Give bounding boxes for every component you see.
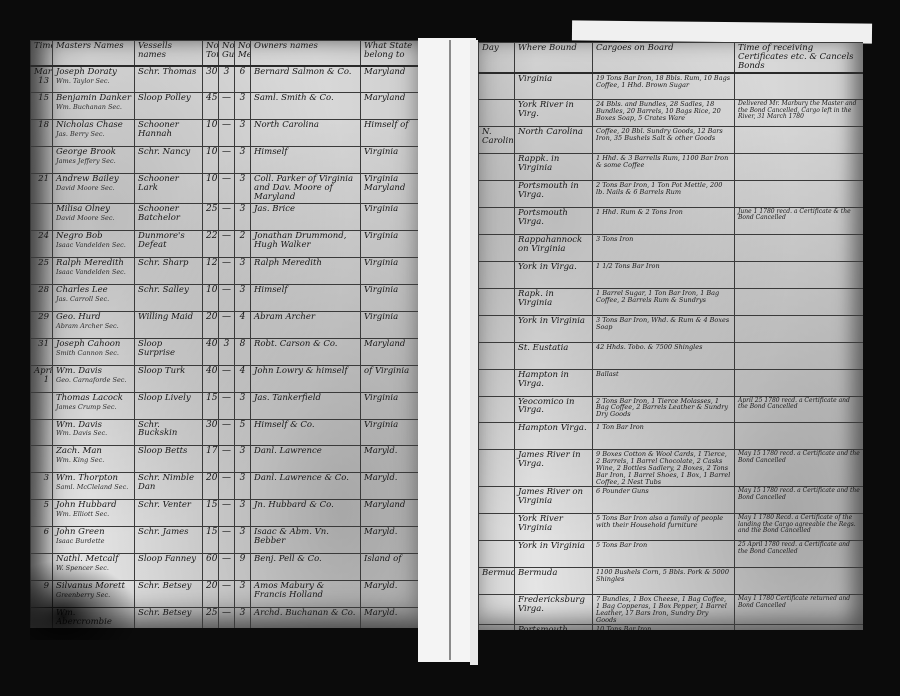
day-note	[479, 595, 515, 625]
security-name: David Moore Sec.	[56, 215, 131, 222]
entry-date	[31, 147, 53, 174]
destination: York River in Virg.	[515, 100, 593, 127]
security-name: Isaac Burdette	[56, 538, 131, 545]
ship-register-right-table: DayWhere BoundCargoes on BoardTime of re…	[478, 42, 863, 630]
master-name-text: Thomas Lacock	[56, 393, 123, 403]
owner-names: Benj. Pell & Co.	[251, 554, 361, 581]
home-state: Maryld.	[361, 527, 419, 554]
certificate-note	[735, 234, 864, 261]
tons-count: 40	[203, 365, 219, 392]
destination: James River in Virga.	[515, 450, 593, 487]
master-name: Charles LeeJas. Carroll Sec.	[53, 284, 135, 311]
master-name: Joseph CahoonSmith Cannon Sec.	[53, 338, 135, 365]
owner-names: Himself	[251, 284, 361, 311]
security-name: Abram Archer Sec.	[56, 323, 131, 330]
vessel-name: Dunmore's Defeat	[135, 230, 203, 257]
table-row: 6John GreenIsaac BurdetteSchr. James15—3…	[31, 527, 419, 554]
cargo: 19 Tons Bar Iron, 18 Bbls. Rum, 10 Bags …	[593, 73, 735, 100]
owner-names: Himself	[251, 147, 361, 174]
men-count: 3	[235, 473, 251, 500]
master-name: Joseph DoratyWm. Taylor Sec.	[53, 66, 135, 93]
certificate-note	[735, 288, 864, 315]
vessel-name: Sloop Turk	[135, 365, 203, 392]
column-header: What State belong to	[361, 41, 419, 67]
security-name: Wm. Elliott Sec.	[56, 511, 131, 518]
certificate-note: May 15 1780 recd. a Certificate and the …	[735, 487, 864, 514]
table-row: Fredericksburg Virga.7 Bundles, 1 Box Ch…	[479, 595, 864, 625]
table-row: Milisa OlneyDavid Moore Sec.Schooner Bat…	[31, 204, 419, 231]
home-state: Maryland	[361, 500, 419, 527]
cargo: Coffee, 20 Bbl. Sundry Goods, 12 Bars Ir…	[593, 127, 735, 154]
owner-names: Danl. Lawrence	[251, 446, 361, 473]
guns-count: —	[219, 581, 235, 608]
cargo: 1 Ton Bar Iron	[593, 423, 735, 450]
destination: Rappahannock on Virginia	[515, 234, 593, 261]
owner-names: Archd. Buchanan & Co.	[251, 608, 361, 628]
men-count: 3	[235, 174, 251, 204]
master-name: Andrew BaileyDavid Moore Sec.	[53, 174, 135, 204]
owner-names: Amos Mabury & Francis Holland	[251, 581, 361, 608]
home-state: Maryland	[361, 338, 419, 365]
master-name-text: Negro Bob	[56, 231, 103, 241]
master-name: John HubbardWm. Elliott Sec.	[53, 500, 135, 527]
men-count: 3	[235, 392, 251, 419]
home-state: Maryland	[361, 66, 419, 93]
vessel-name: Sloop Betts	[135, 446, 203, 473]
cargo: 1 Hhd. Rum & 2 Tons Iron	[593, 207, 735, 234]
tons-count: 25	[203, 608, 219, 628]
guns-count: 3	[219, 66, 235, 93]
table-row: Portsmouth Virga.1 Hhd. Rum & 2 Tons Iro…	[479, 207, 864, 234]
vessel-name: Willing Maid	[135, 311, 203, 338]
men-count: 3	[235, 204, 251, 231]
guns-count: —	[219, 554, 235, 581]
tons-count: 10	[203, 174, 219, 204]
guns-count: —	[219, 608, 235, 628]
home-state: Virginia Maryland	[361, 174, 419, 204]
master-name: Ralph MeredithIsaac Vandelden Sec.	[53, 257, 135, 284]
security-name: David Moore Sec.	[56, 185, 131, 192]
security-name: Geo. Carnaforde Sec.	[56, 377, 131, 384]
gutter-fold	[449, 40, 451, 660]
tons-count: 25	[203, 204, 219, 231]
column-header: Owners names	[251, 41, 361, 67]
entry-date: 15	[31, 93, 53, 120]
table-row: 5John HubbardWm. Elliott Sec.Schr. Vente…	[31, 500, 419, 527]
destination: Portsmouth Virga.	[515, 625, 593, 630]
vessel-name: Schooner Lark	[135, 174, 203, 204]
entry-date: 18	[31, 120, 53, 147]
owner-names: North Carolina	[251, 120, 361, 147]
column-header: Time of receiving Certificates etc. & Ca…	[735, 43, 864, 73]
table-row: Virginia19 Tons Bar Iron, 18 Bbls. Rum, …	[479, 73, 864, 100]
column-header: No. Men	[235, 41, 251, 67]
men-count: 3	[235, 446, 251, 473]
cargo: 6 Pounder Guns	[593, 487, 735, 514]
table-row: Wm. DavisWm. Davis Sec.Schr. Buckskin30—…	[31, 419, 419, 446]
master-name-text: Milisa Olney	[56, 204, 110, 214]
owner-names: Danl. Lawrence & Co.	[251, 473, 361, 500]
guns-count: —	[219, 527, 235, 554]
cargo: Ballast	[593, 369, 735, 396]
vessel-name: Schr. Nancy	[135, 147, 203, 174]
tons-count: 10	[203, 120, 219, 147]
entry-date: 31	[31, 338, 53, 365]
day-note	[479, 288, 515, 315]
master-name: Milisa OlneyDavid Moore Sec.	[53, 204, 135, 231]
table-row: York in Virginia5 Tons Bar Iron25 April …	[479, 541, 864, 568]
master-name-text: Joseph Doraty	[56, 67, 117, 77]
men-count: 3	[235, 581, 251, 608]
cargo: 5 Tons Bar Iron	[593, 541, 735, 568]
day-note	[479, 73, 515, 100]
cargo: 2 Tons Bar Iron, 1 Ton Pot Mettle, 200 l…	[593, 181, 735, 208]
owner-names: Himself & Co.	[251, 419, 361, 446]
master-name-text: John Green	[56, 527, 105, 537]
table-row: Hampton Virga.1 Ton Bar Iron	[479, 423, 864, 450]
master-name-text: Andrew Bailey	[56, 174, 119, 184]
certificate-note	[735, 154, 864, 181]
vessel-name: Schr. Betsey	[135, 608, 203, 628]
master-name-text: Ralph Meredith	[56, 258, 124, 268]
master-name-text: Joseph Cahoon	[56, 339, 120, 349]
table-row: April 1Wm. DavisGeo. Carnaforde Sec.Sloo…	[31, 365, 419, 392]
column-header: No. Guns	[219, 41, 235, 67]
men-count: 2	[235, 230, 251, 257]
master-name: Negro BobIsaac Vandelden Sec.	[53, 230, 135, 257]
master-name: Wm. DavisWm. Davis Sec.	[53, 419, 135, 446]
men-count: 9	[235, 554, 251, 581]
destination: Bermuda	[515, 568, 593, 595]
tons-count: 20	[203, 311, 219, 338]
home-state: Maryld.	[361, 608, 419, 628]
table-row: York in Virginia3 Tons Bar Iron, Whd. & …	[479, 315, 864, 342]
day-note	[479, 207, 515, 234]
destination: North Carolina	[515, 127, 593, 154]
day-note	[479, 100, 515, 127]
vessel-name: Schr. Salley	[135, 284, 203, 311]
tons-count: 20	[203, 473, 219, 500]
table-row: Rappahannock on Virginia3 Tons Iron	[479, 234, 864, 261]
owner-names: Jas. Brice	[251, 204, 361, 231]
men-count: 6	[235, 66, 251, 93]
table-row: Portsmouth in Virga.2 Tons Bar Iron, 1 T…	[479, 181, 864, 208]
day-note	[479, 450, 515, 487]
guns-count: —	[219, 365, 235, 392]
column-header: Where Bound	[515, 43, 593, 73]
page-damage	[30, 560, 140, 640]
men-count: 3	[235, 284, 251, 311]
guns-count: —	[219, 230, 235, 257]
column-header: Vessells names	[135, 41, 203, 67]
paper-strip	[572, 20, 872, 43]
destination: York in Virginia	[515, 315, 593, 342]
guns-count: —	[219, 147, 235, 174]
entry-date: 5	[31, 500, 53, 527]
table-row: Rappk. in Virginia1 Hhd. & 3 Barrells Ru…	[479, 154, 864, 181]
men-count: 3	[235, 120, 251, 147]
vessel-name: Sloop Polley	[135, 93, 203, 120]
vessel-name: Schr. Sharp	[135, 257, 203, 284]
home-state: Maryld.	[361, 446, 419, 473]
day-note: N. Carolina	[479, 127, 515, 154]
owner-names: Bernard Salmon & Co.	[251, 66, 361, 93]
day-note	[479, 487, 515, 514]
home-state: Virginia	[361, 257, 419, 284]
tons-count: 45	[203, 93, 219, 120]
home-state: Maryld.	[361, 581, 419, 608]
certificate-note: Delivered Mr. Marbury the Master and the…	[735, 100, 864, 127]
entry-date: 29	[31, 311, 53, 338]
owner-names: Robt. Carson & Co.	[251, 338, 361, 365]
entry-date	[31, 392, 53, 419]
security-name: Isaac Vandelden Sec.	[56, 269, 131, 276]
owner-names: John Lowry & himself	[251, 365, 361, 392]
entry-date: 25	[31, 257, 53, 284]
cargo: 1 1/2 Tons Bar Iron	[593, 261, 735, 288]
ledger-page-left: TimeMasters NamesVessells namesNo. TonsN…	[30, 40, 418, 628]
master-name-text: George Brook	[56, 147, 116, 157]
vessel-name: Schr. Buckskin	[135, 419, 203, 446]
men-count: 3	[235, 608, 251, 628]
men-count: 3	[235, 257, 251, 284]
table-row: 21Andrew BaileyDavid Moore Sec.Schooner …	[31, 174, 419, 204]
security-name: Saml. McCleland Sec.	[56, 484, 131, 491]
destination: Fredericksburg Virga.	[515, 595, 593, 625]
table-row: 18Nicholas ChaseJas. Berry Sec.Schooner …	[31, 120, 419, 147]
master-name-text: Nicholas Chase	[56, 120, 123, 130]
guns-count: —	[219, 120, 235, 147]
table-row: 31Joseph CahoonSmith Cannon Sec.Sloop Su…	[31, 338, 419, 365]
vessel-name: Schooner Batchelor	[135, 204, 203, 231]
entry-date	[31, 446, 53, 473]
certificate-note	[735, 342, 864, 369]
home-state: Maryland	[361, 93, 419, 120]
destination: St. Eustatia	[515, 342, 593, 369]
day-note	[479, 315, 515, 342]
ship-register-left-table: TimeMasters NamesVessells namesNo. TonsN…	[30, 40, 418, 628]
cargo: 1 Barrel Sugar, 1 Ton Bar Iron, 1 Bag Co…	[593, 288, 735, 315]
owner-names: Abram Archer	[251, 311, 361, 338]
tons-count: 10	[203, 284, 219, 311]
master-name: Wm. DavisGeo. Carnaforde Sec.	[53, 365, 135, 392]
cargo: 1 Hhd. & 3 Barrells Rum, 1100 Bar Iron &…	[593, 154, 735, 181]
men-count: 3	[235, 500, 251, 527]
table-row: BermudaBermuda1100 Bushels Corn, 5 Bbls.…	[479, 568, 864, 595]
guns-count: —	[219, 204, 235, 231]
men-count: 4	[235, 365, 251, 392]
column-header: Cargoes on Board	[593, 43, 735, 73]
master-name-text: John Hubbard	[56, 500, 117, 510]
day-note	[479, 541, 515, 568]
table-row: 3Wm. ThorptonSaml. McCleland Sec.Schr. N…	[31, 473, 419, 500]
tons-count: 15	[203, 500, 219, 527]
day-note	[479, 396, 515, 423]
tons-count: 15	[203, 392, 219, 419]
cargo: 10 Tons Bar Iron	[593, 625, 735, 630]
security-name: Wm. Buchanan Sec.	[56, 104, 131, 111]
vessel-name: Schr. Venter	[135, 500, 203, 527]
cargo: 2 Tons Bar Iron, 1 Tierce Molasses, 1 Ba…	[593, 396, 735, 423]
day-note	[479, 234, 515, 261]
home-state: Virginia	[361, 419, 419, 446]
destination: Yeocomico in Virga.	[515, 396, 593, 423]
master-name-text: Wm. Davis	[56, 420, 102, 430]
destination: Rappk. in Virginia	[515, 154, 593, 181]
day-note	[479, 342, 515, 369]
destination: Portsmouth in Virga.	[515, 181, 593, 208]
men-count: 4	[235, 311, 251, 338]
guns-count: —	[219, 311, 235, 338]
destination: Virginia	[515, 73, 593, 100]
day-note: Bermuda	[479, 568, 515, 595]
guns-count: —	[219, 500, 235, 527]
day-note	[479, 514, 515, 541]
home-state: of Virginia	[361, 365, 419, 392]
column-header: Day	[479, 43, 515, 73]
men-count: 3	[235, 93, 251, 120]
guns-count: —	[219, 174, 235, 204]
day-note	[479, 369, 515, 396]
master-name-text: Wm. Thorpton	[56, 473, 118, 483]
cargo: 9 Boxes Cotton & Wool Cards, 1 Tierce, 2…	[593, 450, 735, 487]
table-row: Hampton in Virga.Ballast	[479, 369, 864, 396]
master-name-text: Charles Lee	[56, 285, 108, 295]
table-row: Rapk. in Virginia1 Barrel Sugar, 1 Ton B…	[479, 288, 864, 315]
vessel-name: Schr. Thomas	[135, 66, 203, 93]
security-name: Jas. Carroll Sec.	[56, 296, 131, 303]
security-name: Wm. Taylor Sec.	[56, 78, 131, 85]
certificate-note	[735, 625, 864, 630]
home-state: Maryld.	[361, 473, 419, 500]
security-name: Jas. Berry Sec.	[56, 131, 131, 138]
security-name: Wm. Davis Sec.	[56, 430, 131, 437]
guns-count: —	[219, 446, 235, 473]
security-name: Wm. King Sec.	[56, 457, 131, 464]
table-row: Yeocomico in Virga.2 Tons Bar Iron, 1 Ti…	[479, 396, 864, 423]
certificate-note	[735, 369, 864, 396]
vessel-name: Schr. James	[135, 527, 203, 554]
security-name: James Crump Sec.	[56, 404, 131, 411]
tons-count: 30	[203, 419, 219, 446]
table-row: March 13Joseph DoratyWm. Taylor Sec.Schr…	[31, 66, 419, 93]
entry-date: 6	[31, 527, 53, 554]
destination: York River Virginia	[515, 514, 593, 541]
entry-date: March 13	[31, 66, 53, 93]
tons-count: 20	[203, 581, 219, 608]
vessel-name: Sloop Lively	[135, 392, 203, 419]
master-name: George BrookJames Jeffery Sec.	[53, 147, 135, 174]
certificate-note	[735, 181, 864, 208]
owner-names: Jonathan Drummond, Hugh Walker	[251, 230, 361, 257]
entry-date: 28	[31, 284, 53, 311]
table-row: St. Eustatia42 Hhds. Tobo. & 7500 Shingl…	[479, 342, 864, 369]
master-name: John GreenIsaac Burdette	[53, 527, 135, 554]
master-name-text: Geo. Hurd	[56, 312, 101, 322]
table-row: York River Virginia5 Tons Bar Iron also …	[479, 514, 864, 541]
column-header: Time	[31, 41, 53, 67]
guns-count: —	[219, 284, 235, 311]
certificate-note: April 25 1780 recd. a Certificate and th…	[735, 396, 864, 423]
destination: Hampton Virga.	[515, 423, 593, 450]
master-name: Geo. HurdAbram Archer Sec.	[53, 311, 135, 338]
day-note	[479, 625, 515, 630]
certificate-note: June 1 1780 recd. a Certificate & the Bo…	[735, 207, 864, 234]
owner-names: Jas. Tankerfield	[251, 392, 361, 419]
men-count: 5	[235, 419, 251, 446]
master-name-text: Benjamin Danker	[56, 93, 131, 103]
table-row: Thomas LacockJames Crump Sec.Sloop Livel…	[31, 392, 419, 419]
gutter-edge	[470, 40, 478, 665]
guns-count: —	[219, 257, 235, 284]
certificate-note	[735, 568, 864, 595]
home-state: Virginia	[361, 392, 419, 419]
owner-names: Saml. Smith & Co.	[251, 93, 361, 120]
table-row: York River in Virg.24 Bbls. and Bundles,…	[479, 100, 864, 127]
security-name: James Jeffery Sec.	[56, 158, 131, 165]
table-row: 28Charles LeeJas. Carroll Sec.Schr. Sall…	[31, 284, 419, 311]
home-state: Island of	[361, 554, 419, 581]
master-name: Zach. ManWm. King Sec.	[53, 446, 135, 473]
tons-count: 22	[203, 230, 219, 257]
master-name: Nicholas ChaseJas. Berry Sec.	[53, 120, 135, 147]
certificate-note: May 1 1780 Certificate returned and Bond…	[735, 595, 864, 625]
vessel-name: Schooner Hannah	[135, 120, 203, 147]
table-row: N. CarolinaNorth CarolinaCoffee, 20 Bbl.…	[479, 127, 864, 154]
table-row: 29Geo. HurdAbram Archer Sec.Willing Maid…	[31, 311, 419, 338]
certificate-note: May 15 1780 recd. a Certificate and the …	[735, 450, 864, 487]
tons-count: 60	[203, 554, 219, 581]
table-row: Portsmouth Virga.10 Tons Bar Iron	[479, 625, 864, 630]
table-row: 24Negro BobIsaac Vandelden Sec.Dunmore's…	[31, 230, 419, 257]
table-row: James River in Virga.9 Boxes Cotton & Wo…	[479, 450, 864, 487]
master-name-text: Zach. Man	[56, 446, 102, 456]
vessel-name: Sloop Surprise	[135, 338, 203, 365]
table-row: 25Ralph MeredithIsaac Vandelden Sec.Schr…	[31, 257, 419, 284]
home-state: Virginia	[361, 230, 419, 257]
guns-count: —	[219, 473, 235, 500]
entry-date: 24	[31, 230, 53, 257]
cargo: 5 Tons Bar Iron also a family of people …	[593, 514, 735, 541]
tons-count: 15	[203, 527, 219, 554]
column-header: No. Tons	[203, 41, 219, 67]
column-header: Masters Names	[53, 41, 135, 67]
entry-date: April 1	[31, 365, 53, 392]
ledger-page-right: DayWhere BoundCargoes on BoardTime of re…	[478, 42, 863, 630]
master-name: Thomas LacockJames Crump Sec.	[53, 392, 135, 419]
home-state: Virginia	[361, 204, 419, 231]
home-state: Virginia	[361, 311, 419, 338]
certificate-note	[735, 127, 864, 154]
cargo: 3 Tons Iron	[593, 234, 735, 261]
day-note	[479, 261, 515, 288]
day-note	[479, 181, 515, 208]
destination: Hampton in Virga.	[515, 369, 593, 396]
men-count: 3	[235, 527, 251, 554]
destination: James River on Virginia	[515, 487, 593, 514]
book-gutter	[418, 38, 476, 662]
owner-names: Jn. Hubbard & Co.	[251, 500, 361, 527]
home-state: Virginia	[361, 284, 419, 311]
tons-count: 17	[203, 446, 219, 473]
tons-count: 40	[203, 338, 219, 365]
cargo: 1100 Bushels Corn, 5 Bbls. Pork & 5000 S…	[593, 568, 735, 595]
table-row: Zach. ManWm. King Sec.Sloop Betts17—3Dan…	[31, 446, 419, 473]
guns-count: —	[219, 419, 235, 446]
entry-date: 21	[31, 174, 53, 204]
certificate-note: 25 April 1780 recd. a Certificate and th…	[735, 541, 864, 568]
entry-date	[31, 419, 53, 446]
